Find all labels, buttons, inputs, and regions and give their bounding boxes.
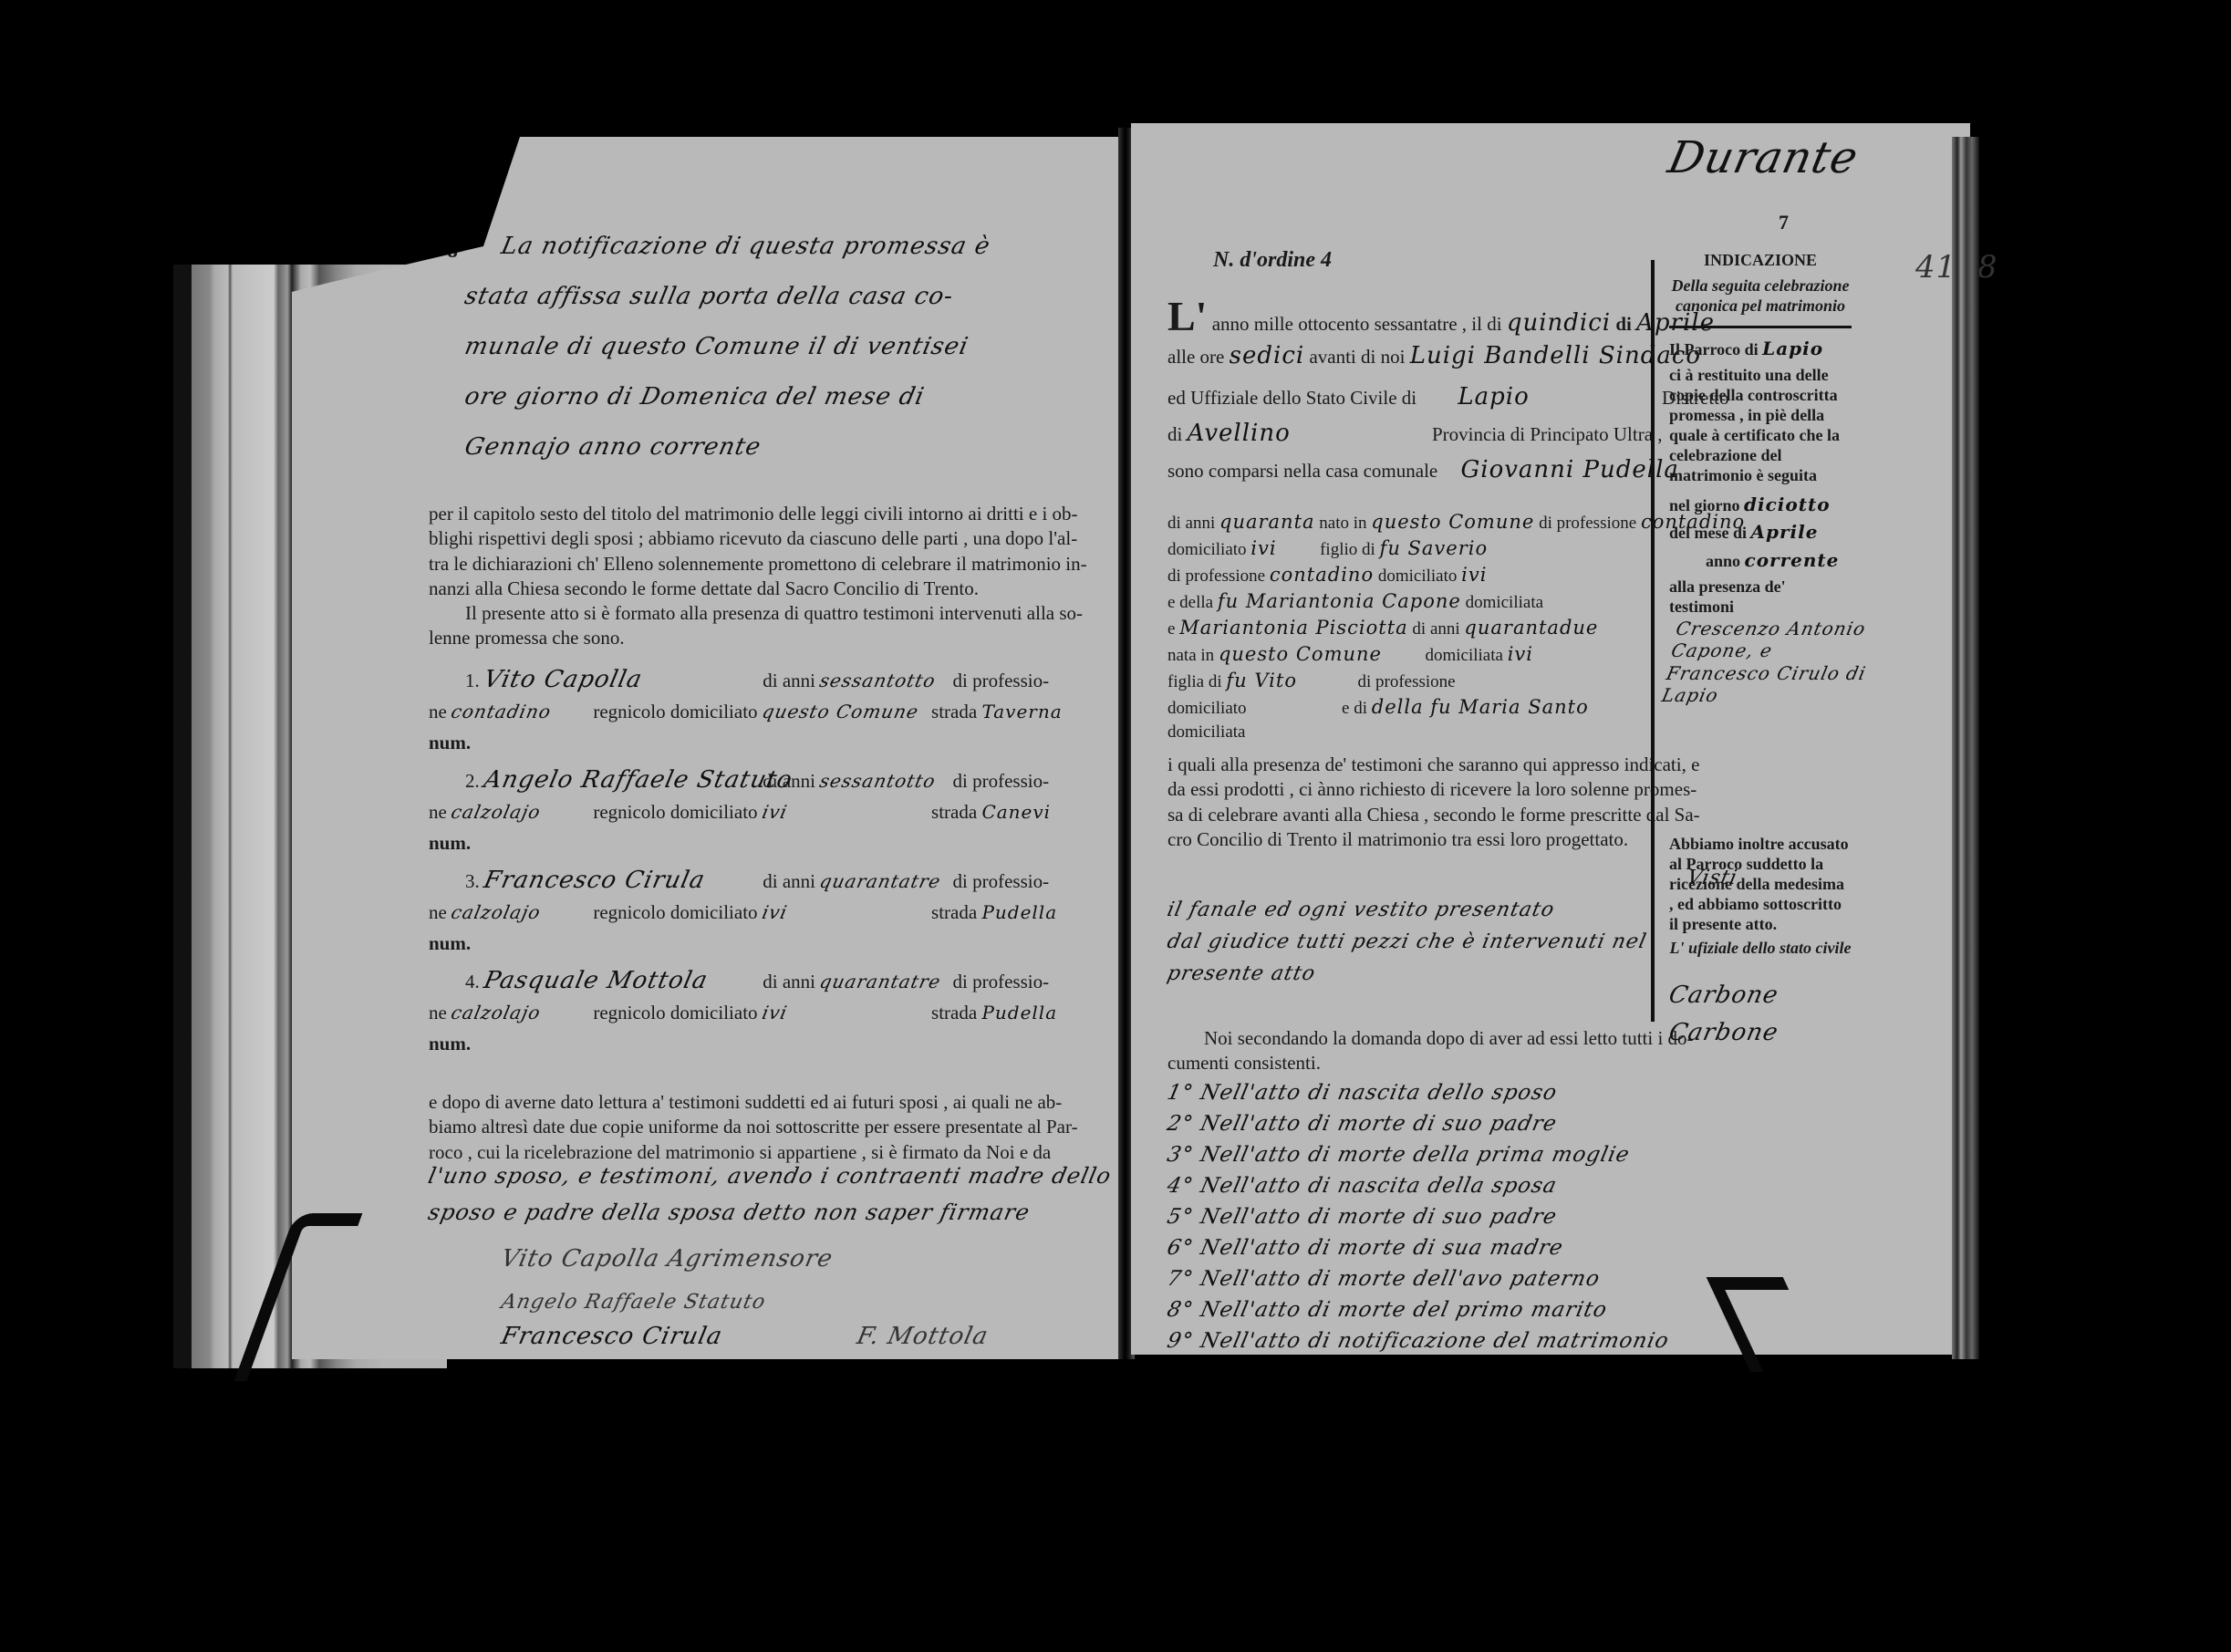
printed-label: e	[1167, 619, 1175, 639]
closing-printed-paragraph: e dopo di averne dato lettura a' testimo…	[429, 1090, 1104, 1165]
profession-label: di professio-	[953, 670, 1050, 691]
right-page-stack-edges	[1952, 137, 1979, 1359]
age-label: di anni	[763, 670, 815, 691]
witness-name: Vito Capolla	[482, 666, 761, 693]
handwritten-notification-line-3: munale di questo Comune il di ventisei	[462, 333, 971, 360]
age-label: di anni	[763, 870, 815, 892]
document-list-item: 2° Nell'atto di morte di suo padre	[1165, 1112, 1559, 1136]
domicile-label: regnicolo domiciliato	[593, 901, 757, 923]
printed-text: di	[1167, 423, 1182, 445]
signature-mottola: Pasquale Mottola	[499, 1364, 728, 1391]
printed-label: di professione	[1539, 514, 1636, 533]
spouse-line: di professione contadino domiciliato ivi	[1167, 564, 1487, 587]
closing-handwritten-line-2: sposo e padre della sposa detto non sape…	[426, 1200, 1032, 1225]
printed-label: domiciliato	[1167, 540, 1247, 559]
spouse-line: domiciliato ivi figlio di fu Saverio	[1167, 537, 1488, 560]
right-page: Durante 7 4128 N. d'ordine 4 L' anno mil…	[1131, 123, 1970, 1355]
handwritten-hour: sedici	[1230, 342, 1305, 369]
handwritten-value: della fu Maria Santo	[1372, 696, 1589, 718]
closing-line: e dopo di averne dato lettura a' testimo…	[429, 1090, 1104, 1115]
handwritten-district: Avellino	[1188, 420, 1291, 447]
num-label: num.	[429, 732, 471, 754]
handwritten-value: ivi	[1461, 564, 1487, 586]
street-label: strada	[931, 801, 977, 823]
year-value: corrente	[1745, 549, 1840, 571]
spouse-line: domiciliata	[1167, 722, 1245, 743]
witness-number: 2.	[465, 770, 480, 792]
printed-label: e della	[1167, 593, 1213, 612]
witness-row-2: ne calzolajo regnicolo domiciliato ivi s…	[429, 1002, 1057, 1024]
printed-label: figlio di	[1320, 540, 1375, 559]
printed-label: domiciliata	[1425, 646, 1502, 665]
handwritten-notification-line-4: ore giorno di Domenica del mese di	[462, 383, 928, 410]
witness-row-2: ne calzolajo regnicolo domiciliato ivi s…	[429, 801, 1051, 824]
witness-domicile: ivi	[760, 901, 929, 923]
printed-label: domiciliato	[1167, 699, 1247, 718]
printed-text: ed Uffiziale dello Stato Civile di	[1167, 387, 1416, 409]
documents-line: cumenti consistenti.	[1167, 1051, 1861, 1075]
intro-line-4: di Avellino Provincia di Principato Ultr…	[1167, 420, 1663, 447]
document-list-item: 5° Nell'atto di morte di suo padre	[1165, 1205, 1559, 1229]
ne-label: ne	[429, 701, 447, 722]
witness-street: Pudella	[981, 1002, 1057, 1023]
printed-chapter-paragraph: per il capitolo sesto del titolo del mat…	[429, 502, 1104, 651]
handwritten-comune: Lapio	[1458, 383, 1529, 410]
closing-line: biamo altresì date due copie uniforme da…	[429, 1115, 1104, 1139]
officer-signature-1: Carbone	[1666, 982, 1855, 1011]
domicile-label: regnicolo domiciliato	[593, 1002, 757, 1023]
handwritten-officer: Luigi Bandelli Sindaco	[1410, 342, 1701, 369]
witness-row-2: ne calzolajo regnicolo domiciliato ivi s…	[429, 901, 1057, 924]
handwritten-value: ivi	[1508, 643, 1533, 665]
order-label: N. d'ordine	[1213, 248, 1315, 272]
printed-label: di anni	[1167, 514, 1215, 533]
ne-label: ne	[429, 901, 447, 923]
handwritten-value: fu Vito	[1226, 670, 1297, 691]
indicazione-column: INDICAZIONE Della seguita celebrazione c…	[1669, 251, 1852, 1048]
witness-row: 1. Vito Capolla di anni sessantotto di p…	[465, 666, 1049, 693]
witness-age: quarantatre	[818, 971, 950, 992]
paragraph-line: blighi rispettivi degli sposi ; abbiamo …	[429, 526, 1104, 551]
ne-label: ne	[429, 801, 447, 823]
handwritten-value: ivi	[1250, 537, 1276, 559]
closing-handwritten-line-1: l'uno sposo, e testimoni, avendo i contr…	[426, 1163, 1114, 1189]
printed-label: domiciliato	[1378, 566, 1458, 586]
document-list-item: 3° Nell'atto di morte della prima moglie	[1165, 1143, 1632, 1167]
parroco-line: Il Parroco di Lapio	[1669, 338, 1852, 360]
witness-row: 2. Angelo Raffaele Statuto di anni sessa…	[465, 766, 1049, 794]
domicile-label: regnicolo domiciliato	[593, 701, 757, 722]
witness-age: sessantotto	[818, 770, 950, 792]
document-list-item: 4° Nell'atto di nascita della sposa	[1165, 1174, 1559, 1198]
age-label: di anni	[763, 971, 815, 992]
intro-line-1: L' anno mille ottocento sessantatre , il…	[1167, 292, 1715, 340]
handwritten-value: contadino	[1270, 564, 1374, 586]
printed-label: figlia di	[1167, 672, 1222, 691]
handwritten-value: quarantadue	[1464, 617, 1598, 639]
handwritten-day: quindici	[1507, 309, 1611, 337]
divider	[1669, 326, 1852, 328]
acknowledgement-text: Abbiamo inoltre accusato al Parroco sudd…	[1669, 835, 1852, 935]
witness-row: 3. Francesco Cirula di anni quarantatre …	[465, 867, 1049, 894]
street-label: strada	[931, 1002, 977, 1023]
handwritten-value: Mariantonia Pisciotta	[1179, 617, 1407, 639]
left-page-number: 8	[447, 237, 458, 265]
order-value: 4	[1321, 248, 1332, 272]
spouse-line: nata in questo Comune domiciliata ivi	[1167, 643, 1533, 666]
profession-label: di professio-	[953, 770, 1050, 792]
witness-label: alla presenza de' testimoni	[1669, 577, 1852, 618]
day-label: nel giorno	[1669, 496, 1740, 514]
witness-row-2: ne contadino regnicolo domiciliato quest…	[429, 701, 1063, 723]
order-number: N. d'ordine 4	[1213, 246, 1332, 275]
register-book: 8 La notificazione di questa promessa è …	[0, 0, 2231, 1652]
printed-label: di professione	[1357, 672, 1455, 691]
witness-street: Taverna	[981, 701, 1062, 722]
witness-profession: contadino	[450, 701, 591, 722]
printed-label: nato in	[1319, 514, 1366, 533]
officer-signature-2: Carbone	[1666, 1019, 1855, 1048]
signature-statuto: Angelo Raffaele Statuto	[499, 1291, 768, 1314]
left-page: 8 La notificazione di questa promessa è …	[292, 137, 1122, 1359]
printed-label: di professione	[1167, 566, 1265, 586]
spouse-line: e Mariantonia Pisciotta di anni quaranta…	[1167, 617, 1598, 639]
printed-label: nata in	[1167, 646, 1214, 665]
street-label: strada	[931, 901, 977, 923]
witness-profession: calzolajo	[450, 901, 591, 923]
printed-text: avanti di noi	[1309, 346, 1405, 368]
witness-domicile: questo Comune	[760, 701, 929, 722]
witness-name: Pasquale Mottola	[482, 967, 761, 994]
signature-f-mottola: F. Mottola	[855, 1323, 991, 1350]
handwritten-groom-name: Giovanni Pudella	[1460, 456, 1678, 483]
printed-label: e di	[1342, 699, 1367, 718]
side-column-divider	[1651, 260, 1655, 1022]
handwritten-value: fu Saverio	[1380, 537, 1489, 559]
handwritten-value: quaranta	[1219, 511, 1315, 533]
printed-text: di	[1615, 313, 1632, 335]
closing-line: roco , cui la ricelebrazione del matrimo…	[429, 1140, 1104, 1165]
paragraph-line: per il capitolo sesto del titolo del mat…	[429, 502, 1104, 526]
request-handwritten-3: presente atto	[1165, 962, 1317, 985]
witness-age: sessantotto	[818, 670, 950, 691]
witness-intro-line: lenne promessa che sono.	[429, 626, 1104, 650]
witness-number: 4.	[465, 971, 480, 992]
request-handwritten-2: dal giudice tutti pezzi che è intervenut…	[1165, 930, 1648, 953]
profession-label: di professio-	[953, 971, 1050, 992]
street-label: strada	[931, 701, 977, 722]
witness-name: Francesco Cirula	[482, 867, 761, 894]
parroco-value: Lapio	[1762, 338, 1823, 359]
witness-age: quarantatre	[818, 870, 950, 892]
witness-domicile: ivi	[760, 1002, 929, 1023]
intro-line-2: alle ore sedici avanti di noi Luigi Band…	[1167, 342, 1701, 369]
printed-text: anno mille ottocento sessantatre , il di	[1212, 313, 1502, 335]
restitution-text: ci à restituito una delle copie della co…	[1669, 366, 1852, 486]
document-list-item: 9° Nell'atto di notificazione del matrim…	[1165, 1329, 1671, 1353]
paragraph-line: tra le dichiarazioni ch' Elleno solennem…	[429, 552, 1104, 577]
document-list-item: 7° Nell'atto di morte dell'avo paterno	[1165, 1267, 1602, 1291]
spouse-line: e della fu Mariantonia Capone domiciliat…	[1167, 590, 1543, 613]
printed-text: alle ore	[1167, 346, 1224, 368]
witness-street: Pudella	[981, 901, 1057, 923]
num-label: num.	[429, 932, 471, 955]
stamp-name-durante: Durante	[1664, 132, 1863, 183]
handwritten-value: fu Mariantonia Capone	[1218, 590, 1461, 612]
witness-value: Crescenzo Antonio Capone, e Francesco Ci…	[1660, 618, 1889, 707]
num-label: num.	[429, 1033, 471, 1055]
year-label: anno	[1706, 552, 1740, 570]
officer-label: L' ufiziale dello stato civile	[1669, 939, 1852, 959]
num-label: num.	[429, 832, 471, 855]
printed-text: Provincia di Principato Ultra ,	[1432, 423, 1663, 445]
parroco-label: Il Parroco di	[1669, 340, 1759, 358]
witness-profession: calzolajo	[450, 1002, 591, 1023]
day-value: diciotto	[1744, 494, 1831, 515]
witness-number: 1.	[465, 670, 480, 691]
profession-label: di professio-	[953, 870, 1050, 892]
signature-capolla: Vito Capolla Agrimensore	[499, 1245, 835, 1273]
handwritten-value: questo Comune	[1371, 511, 1534, 533]
printed-label: domiciliata	[1167, 722, 1245, 742]
printed-label: domiciliata	[1466, 593, 1543, 612]
spouse-line: domiciliato e di della fu Maria Santo	[1167, 696, 1589, 719]
month-label: del mese di	[1669, 524, 1747, 542]
signature-cirula: Francesco Cirula	[499, 1323, 725, 1350]
ne-label: ne	[429, 1002, 447, 1023]
printed-label: di anni	[1412, 619, 1459, 639]
handwritten-value: questo Comune	[1219, 643, 1382, 665]
witness-number: 3.	[465, 870, 480, 892]
document-list-item: 6° Nell'atto di morte di sua madre	[1165, 1236, 1565, 1260]
domicile-label: regnicolo domiciliato	[593, 801, 757, 823]
spouse-line: di anni quaranta nato in questo Comune d…	[1167, 511, 1745, 534]
witness-name: Angelo Raffaele Statuto	[482, 766, 761, 794]
printed-text: sono comparsi nella casa comunale	[1167, 460, 1437, 482]
intro-line-5: sono comparsi nella casa comunale Giovan…	[1167, 456, 1679, 483]
handwritten-notification-line-2: stata affissa sulla porta della casa co-	[462, 283, 956, 310]
drop-cap: L'	[1167, 293, 1207, 339]
indicazione-heading: INDICAZIONE	[1669, 251, 1852, 271]
month-value: Aprile	[1751, 521, 1819, 543]
right-page-number: 7	[1779, 210, 1789, 236]
request-handwritten-1: il fanale ed ogni vestito presentato	[1165, 899, 1556, 921]
witness-street: Canevi	[981, 801, 1051, 823]
signature-carbone: Carbone	[855, 1373, 970, 1400]
spouse-line: figlia di fu Vito di professione	[1167, 670, 1456, 692]
witness-domicile: ivi	[760, 801, 929, 823]
witness-intro-line: Il presente atto si è formato alla prese…	[429, 601, 1104, 626]
document-list-item: 8° Nell'atto di morte del primo marito	[1165, 1298, 1609, 1322]
document-list-item: 1° Nell'atto di nascita dello sposo	[1165, 1081, 1560, 1105]
handwritten-notification-line-1: La notificazione di questa promessa è	[499, 233, 993, 260]
intro-line-3: ed Uffiziale dello Stato Civile di Lapio…	[1167, 383, 1729, 410]
witness-row: 4. Pasquale Mottola di anni quarantatre …	[465, 967, 1049, 994]
handwritten-notification-line-5: Gennajo anno corrente	[462, 433, 763, 461]
indicazione-subheading: Della seguita celebrazione canonica pel …	[1669, 276, 1852, 317]
witness-profession: calzolajo	[450, 801, 591, 823]
paragraph-line: nanzi alla Chiesa secondo le forme detta…	[429, 577, 1104, 601]
